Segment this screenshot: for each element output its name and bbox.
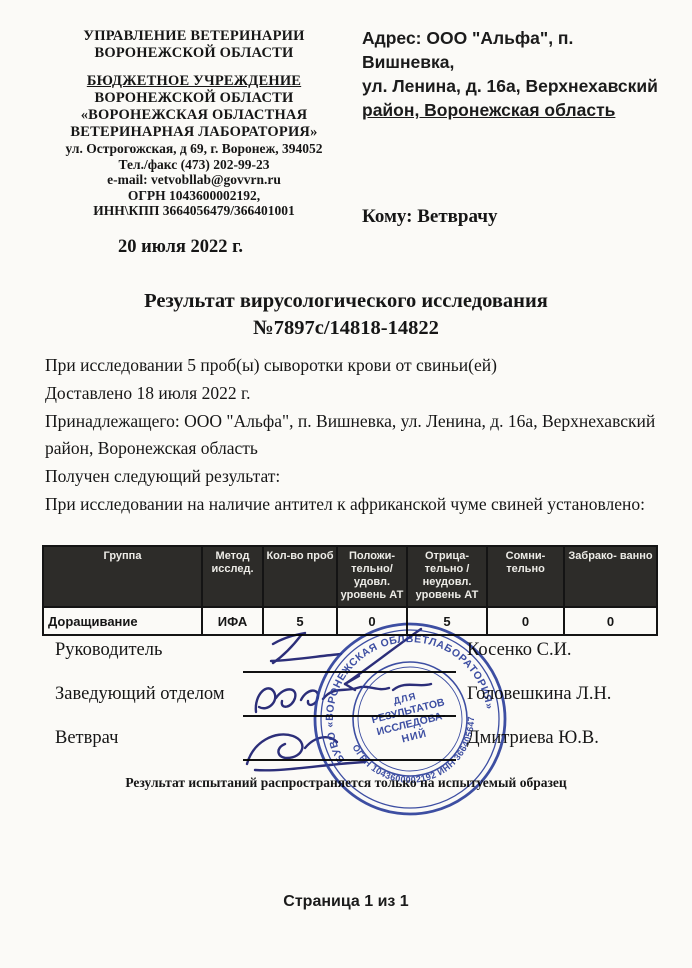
body-paragraph: Принадлежащего: ООО "Альфа", п. Вишневка…: [45, 408, 660, 462]
results-table-wrap: ГруппаМетод исслед.Кол-во пробПоложи- те…: [42, 545, 656, 636]
column-header: Положи- тельно/ удовл. уровень АТ: [337, 546, 407, 607]
signature-name: Косенко С.И.: [467, 640, 572, 661]
org-name-line: БЮДЖЕТНОЕ УЧРЕЖДЕНИЕ: [28, 73, 360, 90]
signature-role: Ветврач: [55, 728, 118, 749]
table-cell: 0: [564, 607, 657, 635]
page-indicator: Страница 1 из 1: [0, 893, 692, 911]
recipient-address-block: Адрес: ООО "Альфа", п. Вишневка, ул. Лен…: [362, 26, 664, 122]
signature-line: [243, 715, 456, 717]
signature-row-head-of-dept: Заведующий отделом Головешкина Л.Н.: [0, 684, 692, 724]
table-cell: 0: [487, 607, 564, 635]
org-name-line: ВОРОНЕЖСКОЙ ОБЛАСТИ: [28, 90, 360, 107]
signature-line: [243, 759, 456, 761]
footer-note: Результат испытаний распространяется тол…: [0, 775, 692, 791]
column-header: Забрако- ванно: [564, 546, 657, 607]
org-ogrn-line: ОГРН 1043600002192,: [28, 188, 360, 204]
signature-role: Руководитель: [55, 640, 162, 661]
table-header-row: ГруппаМетод исслед.Кол-во пробПоложи- те…: [43, 546, 657, 607]
signature-name: Головешкина Л.Н.: [467, 684, 611, 705]
signature-line: [243, 671, 456, 673]
body-paragraph: При исследовании на наличие антител к аф…: [45, 491, 660, 518]
org-inn-line: ИНН\КПП 3664056479/366401001: [28, 203, 360, 219]
body-paragraph: Получен следующий результат:: [45, 463, 660, 490]
org-name-line: ВОРОНЕЖСКОЙ ОБЛАСТИ: [28, 45, 360, 62]
column-header: Сомни- тельно: [487, 546, 564, 607]
table-cell: 5: [407, 607, 487, 635]
table-cell: 0: [337, 607, 407, 635]
org-address-line: ул. Острогожская, д 69, г. Воронеж, 3940…: [28, 141, 360, 157]
recipient-address-line: район, Воронежская область: [362, 98, 664, 122]
body-paragraph: Доставлено 18 июля 2022 г.: [45, 380, 660, 407]
column-header: Отрица- тельно / неудовл. уровень АТ: [407, 546, 487, 607]
table-cell: Доращивание: [43, 607, 202, 635]
document-page: УПРАВЛЕНИЕ ВЕТЕРИНАРИИ ВОРОНЕЖСКОЙ ОБЛАС…: [0, 0, 692, 968]
recipient-to-line: Кому: Ветврачу: [362, 206, 497, 228]
column-header: Группа: [43, 546, 202, 607]
column-header: Кол-во проб: [263, 546, 337, 607]
body-paragraph: При исследовании 5 проб(ы) сыворотки кро…: [45, 352, 660, 379]
signature-row-director: Руководитель Косенко С.И.: [0, 640, 692, 680]
signature-name: Дмитриева Ю.В.: [467, 728, 599, 749]
table-row: ДоращиваниеИФА50500: [43, 607, 657, 635]
table-body: ДоращиваниеИФА50500: [43, 607, 657, 635]
results-table: ГруппаМетод исслед.Кол-во пробПоложи- те…: [42, 545, 658, 636]
org-email-line: e-mail: vetvobllab@govvrn.ru: [28, 172, 360, 188]
org-name-line: ВЕТЕРИНАРНАЯ ЛАБОРАТОРИЯ»: [28, 124, 360, 141]
signature-role: Заведующий отделом: [55, 684, 225, 705]
org-phone-line: Тел./факс (473) 202-99-23: [28, 157, 360, 173]
signature-row-vet: Ветврач Дмитриева Ю.В.: [0, 728, 692, 768]
table-cell: ИФА: [202, 607, 263, 635]
document-title: Результат вирусологического исследования…: [0, 288, 692, 342]
title-number: №7897с/14818-14822: [0, 315, 692, 342]
org-name-line: «ВОРОНЕЖСКАЯ ОБЛАСТНАЯ: [28, 107, 360, 124]
letterhead-org-block: УПРАВЛЕНИЕ ВЕТЕРИНАРИИ ВОРОНЕЖСКОЙ ОБЛАС…: [28, 28, 360, 219]
column-header: Метод исслед.: [202, 546, 263, 607]
org-name-line: УПРАВЛЕНИЕ ВЕТЕРИНАРИИ: [28, 28, 360, 45]
recipient-address-line: ул. Ленина, д. 16а, Верхнехавский: [362, 74, 664, 98]
document-date: 20 июля 2022 г.: [118, 237, 243, 258]
document-body: При исследовании 5 проб(ы) сыворотки кро…: [45, 352, 660, 519]
title-line: Результат вирусологического исследования: [0, 288, 692, 315]
table-cell: 5: [263, 607, 337, 635]
recipient-address-line: Адрес: ООО "Альфа", п. Вишневка,: [362, 26, 664, 74]
